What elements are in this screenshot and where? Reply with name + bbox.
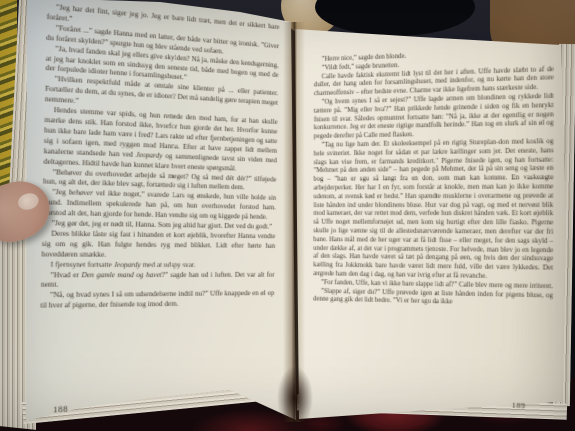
paragraph-text-segment: med at udspy svar.: [141, 260, 196, 269]
left-page-paragraphs: ”Jeg har det fint, siger jeg jo. Jeg er …: [40, 1, 279, 311]
paragraph: ”Slappe af, siger du?” Uffe prøvede igen…: [313, 287, 553, 310]
paragraph-text-segment: Den gamle mand og havet: [81, 270, 161, 279]
thumb-nail: [16, 191, 41, 212]
left-page-text: ”Jeg har det fint, siger jeg jo. Jeg er …: [38, 1, 279, 410]
paragraph: ”Nå, og hvad synes I så om udsendelserne…: [40, 289, 274, 311]
page-number-right: 189: [512, 402, 526, 412]
right-page-paragraphs: ”Herre nice,” sagde den blonde.”Vildt fe…: [313, 47, 554, 309]
paragraph-text-segment: ”Og hvem synes I så er sejest?” Uffe lag…: [314, 93, 554, 140]
paragraph: ”Og hvem synes I så er sejest?” Uffe lag…: [314, 93, 554, 142]
paragraph: ”Jeg behøver vel ikke noget,” svarede La…: [42, 187, 276, 222]
right-page-text: ”Herre nice,” sagde den blonde.”Vildt fe…: [313, 47, 554, 402]
paragraph-text-segment: Jeopardy: [136, 150, 163, 160]
photo-background: ”Jeg har det fint, siger jeg jo. Jeg er …: [0, 0, 575, 431]
paragraph: ”Tag nu lige ham der. Et skoleeksempel p…: [313, 138, 553, 283]
paragraph-text-segment: behøver: [69, 188, 94, 198]
paragraph-text-segment: Deres blikke låste sig fast i hinanden e…: [41, 228, 275, 258]
book-gutter: [283, 22, 305, 422]
paragraph-text-segment: I fjernsynet fortsatte: [51, 259, 114, 268]
page-number-left: 188: [53, 405, 68, 416]
paragraph: ”Hvad er Den gamle mand og havet?” sagde…: [41, 270, 275, 291]
paragraph-text-segment: ”Jeg: [52, 187, 69, 197]
paragraph: Deres blikke låste sig fast i hinanden e…: [41, 228, 275, 260]
paragraph-text-segment: Jeopardy: [114, 260, 141, 269]
background-shadow: [315, 0, 475, 36]
paragraph-text-segment: ”Hvad er: [50, 270, 81, 279]
paragraph-text-segment: ”Nå, og hvad synes I så om udsendelserne…: [40, 289, 274, 310]
paragraph: Hendes stemme var spids, og hun rettede …: [43, 104, 277, 174]
paragraph-text-segment: ”Tag nu lige ham der. Et skoleeksempel p…: [313, 138, 553, 280]
paragraph-text-segment: ”Slappe af, siger du?” Uffe prøvede igen…: [313, 287, 553, 305]
paragraph: I fjernsynet fortsatte Jeopardy med at u…: [41, 259, 275, 269]
